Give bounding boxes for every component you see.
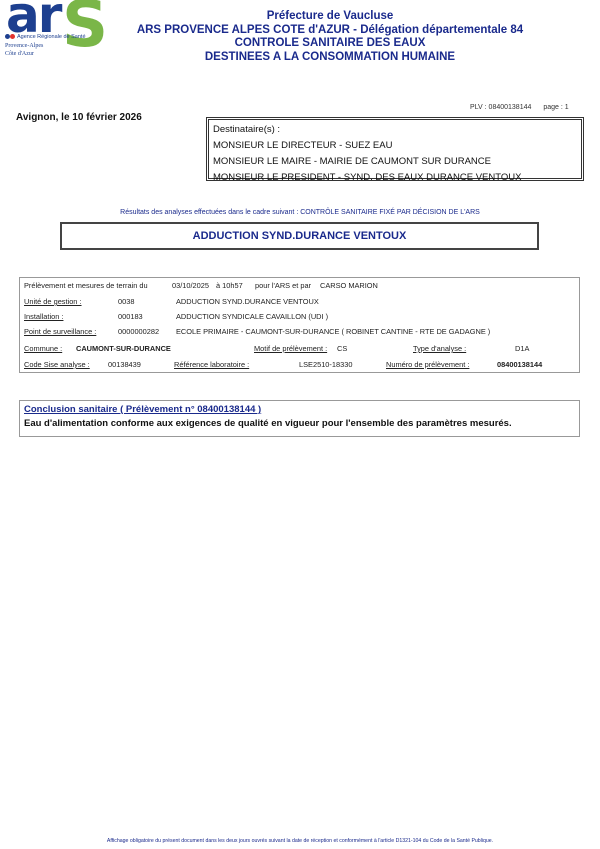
recipients-box: Destinataire(s) : MONSIEUR LE DIRECTEUR … xyxy=(206,117,584,181)
header-control: CONTROLE SANITAIRE DES EAUX xyxy=(110,37,550,51)
recipient-item: MONSIEUR LE PRESIDENT - SYND. DES EAUX D… xyxy=(213,170,577,186)
sampler: CARSO MARION xyxy=(320,281,378,290)
recipient-item: MONSIEUR LE DIRECTEUR - SUEZ EAU xyxy=(213,138,577,154)
analysis-context: Résultats des analyses effectuées dans l… xyxy=(50,209,550,216)
conclusion-box: Conclusion sanitaire ( Prélèvement n° 08… xyxy=(19,400,580,437)
plv-number: PLV : 08400138144 xyxy=(470,104,531,111)
date-line: Avignon, le 10 février 2026 xyxy=(16,112,142,123)
conclusion-title: Conclusion sanitaire ( Prélèvement n° 08… xyxy=(24,404,575,415)
sample-number: 08400138144 xyxy=(497,360,542,369)
page-number: page : 1 xyxy=(543,104,568,111)
logo-region: Provence-Alpes Côte d'Azur xyxy=(5,42,43,58)
logo-accent-letter: S xyxy=(62,0,108,62)
header-ars: ARS PROVENCE ALPES COTE d'AZUR - Délégat… xyxy=(110,24,550,38)
recipient-item: MONSIEUR LE MAIRE - MAIRIE DE CAUMONT SU… xyxy=(213,154,577,170)
recipients-title: Destinataire(s) : xyxy=(213,122,577,138)
ars-logo: ar S Agence Régionale de Santé Provence-… xyxy=(2,0,112,62)
plv-reference: PLV : 08400138144page : 1 xyxy=(470,104,569,111)
header-prefecture: Préfecture de Vaucluse xyxy=(110,10,550,24)
sampling-time: à 10h57 xyxy=(216,281,243,290)
footer-notice: Affichage obligatoire du présent documen… xyxy=(40,838,560,844)
logo-dot-red-icon xyxy=(10,34,15,39)
logo-agency: Agence Régionale de Santé xyxy=(5,34,86,40)
sampling-date: 03/10/2025 xyxy=(172,281,209,290)
udi-title: ADDUCTION SYND.DURANCE VENTOUX xyxy=(60,222,539,250)
header-destination: DESTINEES A LA CONSOMMATION HUMAINE xyxy=(110,51,550,65)
sampling-info-box: Prélèvement et mesures de terrain du 03/… xyxy=(19,277,580,373)
commune-value: CAUMONT-SUR-DURANCE xyxy=(76,344,171,353)
conclusion-text: Eau d'alimentation conforme aux exigence… xyxy=(24,418,575,429)
document-header: Préfecture de Vaucluse ARS PROVENCE ALPE… xyxy=(110,10,550,64)
